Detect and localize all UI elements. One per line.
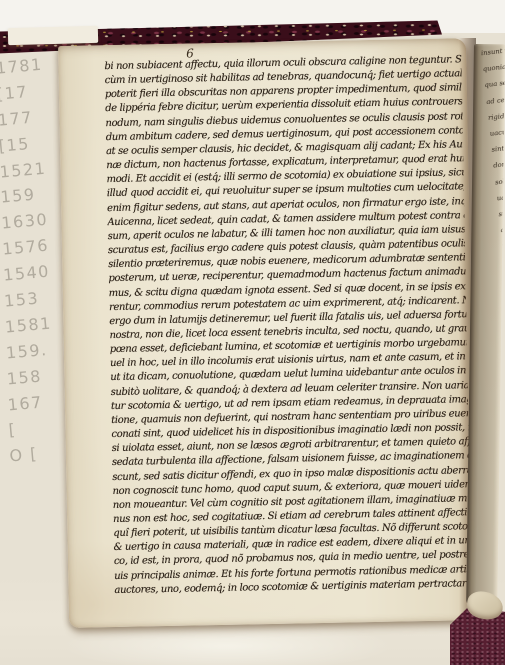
adjacent-text-fragment: rigida. Nouell <box>488 111 505 130</box>
paper-slip <box>8 26 98 45</box>
adjacent-text-fragment: sint uertigin <box>491 143 505 162</box>
main-page: 6 bi non subiacent affectu, quia illorum… <box>58 38 477 628</box>
pencil-number: O [ <box>9 442 71 473</box>
adjacent-text-fragment: uacuum, sed f <box>489 127 505 146</box>
adjacent-text-fragment: ad cerebri d <box>486 95 505 114</box>
text-block: bi non subiacent affectu, quia illorum o… <box>104 54 471 599</box>
book-photo: 1781 [17 177 [15 1521 159 1630 1576 1540… <box>0 0 505 665</box>
